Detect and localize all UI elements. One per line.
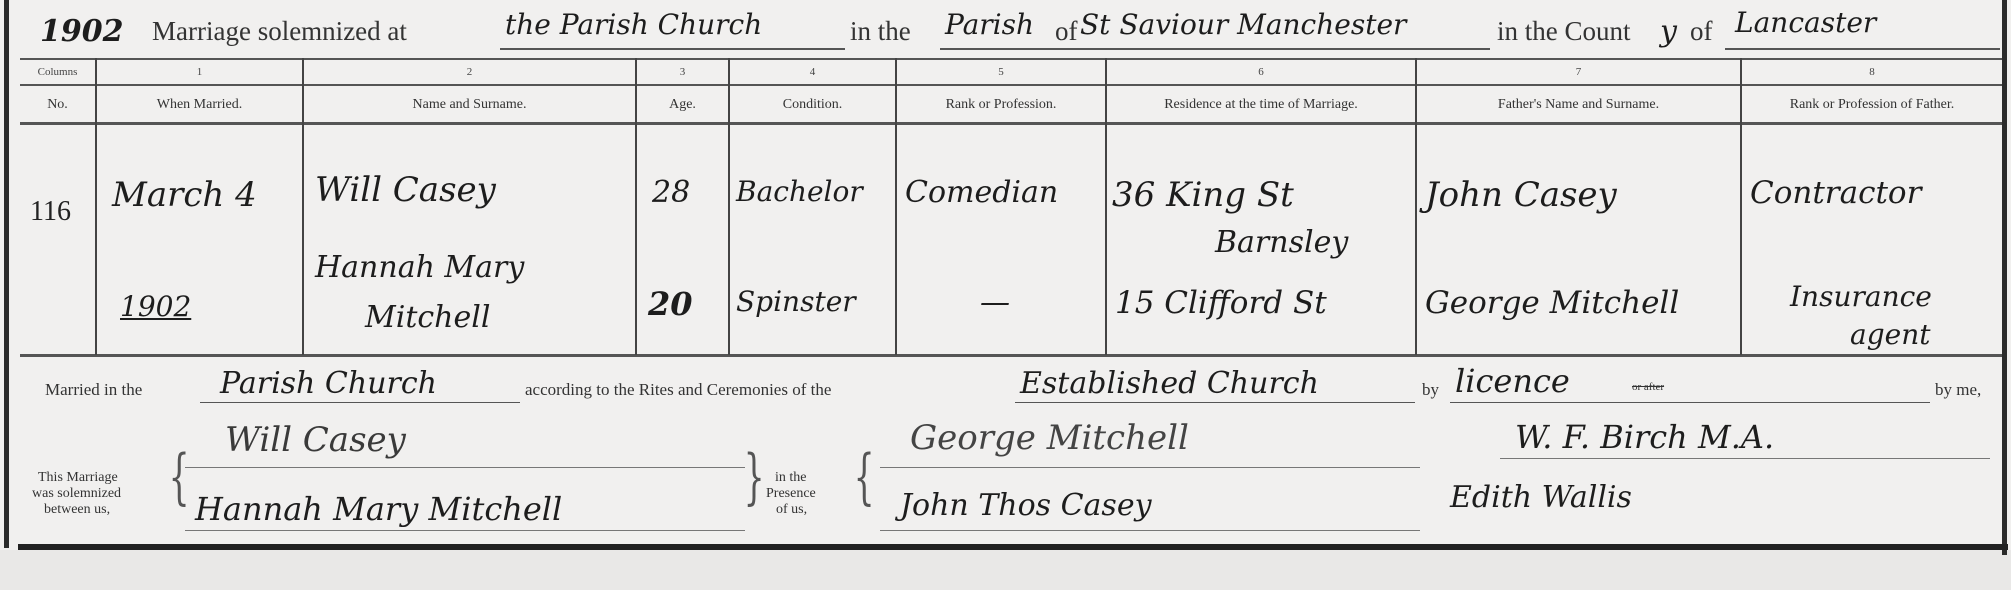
witness-2-signature: John Thos Casey [900,488,1152,523]
by-label: by [1422,380,1439,400]
header-bottom-rule [20,122,2002,125]
right-brace-icon: } [744,442,765,512]
underline-method [1450,402,1930,403]
between-label-2: was solemnized [32,486,121,502]
marriage-certificate: 1902 Marriage solemnized at the Parish C… [0,0,2011,550]
when-married-year: 1902 [120,290,191,323]
presence-label-2: Presence [766,486,816,502]
title-text-of: of [1055,16,1078,47]
bottom-border [18,544,2008,550]
groom-signature: Will Casey [225,420,406,460]
officiant-signature: W. F. Birch M.A. [1515,418,1774,456]
married-venue: Parish Church [220,366,437,401]
title-text-county: in the Count [1497,16,1631,47]
table-top-rule [20,58,2002,60]
witness-3-signature: Edith Wallis [1450,480,1632,515]
underline-county [1725,48,2000,50]
title-text-of-2: of [1690,16,1713,47]
left-brace-icon: { [169,442,190,512]
married-in-the-label: Married in the [45,380,142,400]
groom-age: 28 [652,175,690,210]
groom-condition: Bachelor [736,175,863,208]
title-place: the Parish Church [505,8,762,41]
header-no: No. [20,97,95,113]
column-number-4: 4 [730,66,895,78]
underline-witness-2 [880,530,1420,531]
underline-church [1015,402,1415,403]
bride-father-name: George Mitchell [1425,285,1679,321]
column-number-5: 5 [897,66,1105,78]
bride-profession: — [980,285,1010,320]
title-year: 1902 [40,14,124,49]
between-label-1: This Marriage [38,470,118,486]
groom-residence-town: Barnsley [1215,225,1348,260]
church-denomination: Established Church [1020,366,1319,401]
left-border [4,0,9,548]
header-when-married: When Married. [97,97,302,113]
title-parish-name: St Saviour Manchester [1080,8,1406,41]
witness-1-signature: George Mitchell [910,418,1189,458]
underline-place [500,48,845,50]
groom-residence-street: 36 King St [1112,175,1294,215]
entry-number: 116 [30,196,71,228]
title-text-solemnized: Marriage solemnized at [152,16,407,47]
title-county-mark: y [1660,14,1677,49]
groom-name: Will Casey [315,170,496,210]
struck-text: or after [1632,381,1664,393]
between-label-3: between us, [44,502,110,518]
presence-brace-icon: { [854,442,875,512]
title-county: Lancaster [1735,6,1876,39]
underline-bride-sig [185,530,745,531]
bride-residence: 15 Clifford St [1115,285,1327,321]
groom-profession: Comedian [905,175,1058,210]
column-number-8: 8 [1742,66,2002,78]
bride-name-surname: Mitchell [365,300,490,335]
header-name: Name and Surname. [304,97,635,113]
bride-signature: Hannah Mary Mitchell [195,490,562,528]
when-married-date: March 4 [112,175,257,215]
column-number-rule [20,84,2002,86]
underline-witness-1 [880,467,1420,468]
bride-condition: Spinster [736,285,856,318]
bride-name-first: Hannah Mary [315,250,524,285]
bride-age: 20 [648,285,693,323]
by-me-label: by me, [1935,380,1981,400]
underline-venue [200,402,520,403]
header-father-profession: Rank or Profession of Father. [1742,97,2002,113]
groom-father-profession: Contractor [1750,175,1921,211]
underline-groom-sig [185,467,745,468]
header-profession: Rank or Profession. [897,97,1105,113]
according-text: according to the Rites and Ceremonies of… [525,380,831,400]
underline-officiant [1500,458,1990,459]
header-residence: Residence at the time of Marriage. [1107,97,1415,113]
column-number-6: 6 [1107,66,1415,78]
table-bottom-rule [20,354,2002,357]
bride-father-profession-1: Insurance [1790,280,1932,313]
marriage-method: licence [1455,362,1570,400]
bride-father-profession-2: agent [1850,318,1930,351]
column-number-7: 7 [1417,66,1740,78]
underline-parish [940,48,1490,50]
column-number-2: 2 [304,66,635,78]
header-age: Age. [637,97,728,113]
title-parish-word: Parish [945,8,1034,41]
column-number-1: 1 [97,66,302,78]
column-number-3: 3 [637,66,728,78]
right-border [2002,0,2007,555]
presence-label-1: in the [775,470,807,486]
header-father-name: Father's Name and Surname. [1417,97,1740,113]
column-label: Columns [20,66,95,78]
presence-label-3: of us, [776,502,807,518]
groom-father-name: John Casey [1425,175,1617,215]
title-text-in-the: in the [850,16,911,47]
header-condition: Condition. [730,97,895,113]
